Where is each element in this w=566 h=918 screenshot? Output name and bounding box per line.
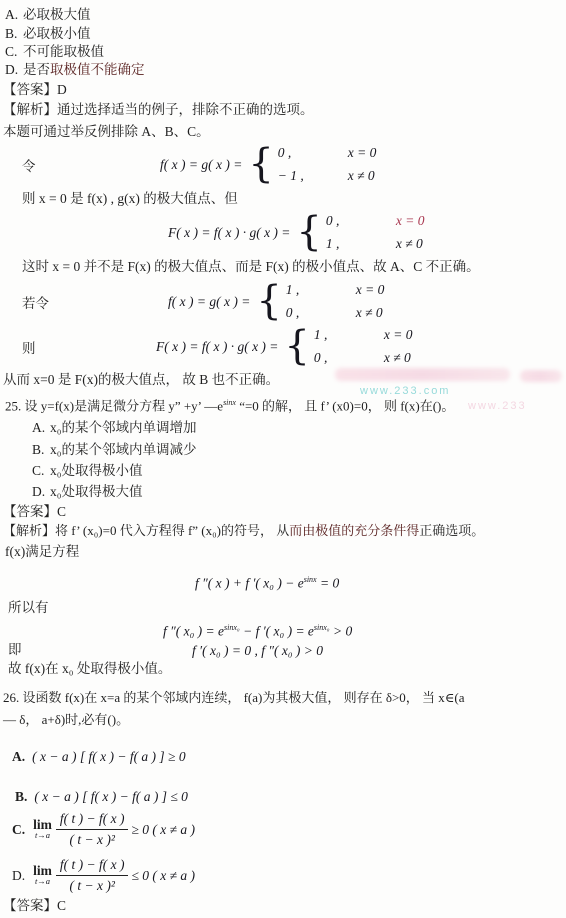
- watermark-site-text-2: www.233: [468, 400, 527, 412]
- q24-option-a-text: 必取极大值: [23, 7, 91, 22]
- q25-stem-exponent: sinx: [223, 398, 236, 407]
- watermark-logo-smudge: [335, 368, 510, 381]
- left-brace-icon: {: [248, 144, 273, 184]
- q26-stem-line1: 26. 设函数 f(x)在 x=a 的某个邻域内连续， f(a)为其极大值， 则…: [3, 689, 465, 707]
- q26-option-c-tail: ≥ 0 ( x ≠ a ): [131, 821, 195, 839]
- q24-f2-case2-cond: x ≠ 0: [396, 235, 423, 253]
- q25-analysis-red: 而由极值的充分条件得: [289, 523, 419, 538]
- q25-analysis: 【解析】将 f’ (x₀)=0 代入方程得 f” (x₀)的符号， 从而由极值的…: [3, 522, 484, 540]
- q24-option-d-label: D.: [5, 61, 23, 79]
- q24-f2-case1-value: 0 ,: [326, 212, 396, 230]
- q25-stem-pre: 25. 设 y=f(x)是满足微分方程 y” +y’ —e: [5, 398, 223, 413]
- q26-stem-line2: — δ， a+δ)时,必有()。: [3, 711, 129, 729]
- q25-option-b-text: x₀的某个邻域内单调减少: [50, 442, 196, 457]
- q24-text-1: 则 x = 0 是 f(x) , g(x) 的极大值点、但: [22, 190, 238, 208]
- q25-f1-exponent: sinx: [304, 575, 317, 584]
- q26-option-b-label: B.: [15, 789, 27, 804]
- fraction-denominator: ( t − x )²: [69, 876, 114, 895]
- q24-note: 本题可通过举反例排除 A、B、C。: [3, 123, 210, 141]
- q24-f2-case2-value: 1 ,: [326, 235, 396, 253]
- left-brace-icon: {: [256, 281, 281, 321]
- q25-option-a-text: x₀的某个邻域内单调增加: [50, 420, 196, 435]
- q26-option-a-label: A.: [12, 749, 25, 764]
- q26-answer: 【答案】C: [3, 897, 66, 915]
- q25-text-3: 即: [8, 641, 22, 659]
- fraction-denominator: ( t − x )²: [69, 830, 114, 849]
- q25-text-1: f(x)满足方程: [5, 543, 79, 561]
- q26-answer-value: C: [57, 898, 66, 913]
- q24-f4-case2-cond: x ≠ 0: [384, 349, 411, 367]
- answer-bracket-label: 【答案】: [3, 504, 57, 519]
- left-brace-icon: {: [284, 326, 309, 366]
- q25-f2-exponent-1: sinx₀: [224, 623, 240, 632]
- q26-option-d: D. limt→a f( t ) − f( x )( t − x )² ≤ 0 …: [12, 856, 195, 895]
- q25-option-b: B.x₀的某个邻域内单调减少: [32, 441, 196, 459]
- q25-option-a: A.x₀的某个邻域内单调增加: [32, 419, 196, 437]
- q24-f1-case2-cond: x ≠ 0: [348, 167, 375, 185]
- q25-text-4: 故 f(x)在 x₀ 处取得极小值。: [8, 660, 171, 678]
- q25-formula-3: f ′( x₀ ) = 0 , f ″( x₀ ) > 0: [192, 642, 323, 660]
- q25-option-c-text: x₀处取得极小值: [50, 463, 142, 478]
- q25-option-c: C.x₀处取得极小值: [32, 462, 142, 480]
- q25-f1-p2: = 0: [317, 576, 340, 591]
- q24-option-d: D.是否取极值不能确定: [5, 61, 145, 79]
- q25-analysis-p2: 正确选项。: [419, 523, 484, 538]
- q24-f4-lead: 则: [22, 340, 36, 358]
- q24-f2-piecewise: F( x ) = f( x ) · g( x ) = { 0 ,x = 0 1 …: [168, 212, 424, 253]
- q25-analysis-p1: 将 f’ (x₀)=0 代入方程得 f” (x₀)的符号， 从: [55, 523, 289, 538]
- q24-f4-case2-value: 0 ,: [314, 349, 384, 367]
- q24-f3-case2-value: 0 ,: [286, 304, 356, 322]
- q26-option-b: B.( x − a ) [ f( x ) − f( a ) ] ≤ 0: [15, 788, 188, 806]
- analysis-bracket-label: 【解析】: [3, 523, 55, 538]
- q24-option-b-label: B.: [5, 25, 23, 43]
- limit-operator: limt→a: [33, 865, 52, 886]
- q24-text-2: 这时 x = 0 并不是 F(x) 的极大值点、而是 F(x) 的极小值点、故 …: [22, 258, 480, 276]
- q25-f2-p2: − f ′( x₀ ) = e: [240, 624, 314, 639]
- q24-f3-lead: 若令: [22, 295, 49, 313]
- limit-operator: limt→a: [33, 819, 52, 840]
- q25-option-c-label: C.: [32, 462, 50, 480]
- q24-option-d-text-red: 取极值不能确定: [50, 62, 145, 77]
- q25-formula-2: f ″( x₀ ) = esinx₀ − f ′( x₀ ) = esinx₀ …: [163, 619, 352, 641]
- q24-option-a-label: A.: [5, 6, 23, 24]
- q24-f3-lhs: f( x ) = g( x ) =: [168, 293, 250, 311]
- q24-option-c-text: 不可能取极值: [23, 44, 104, 59]
- q25-stem: 25. 设 y=f(x)是满足微分方程 y” +y’ —esinx “=0 的解…: [5, 394, 454, 415]
- left-brace-icon: {: [296, 212, 321, 252]
- q26-option-a-formula: ( x − a ) [ f( x ) − f( a ) ] ≥ 0: [32, 749, 185, 764]
- q24-f3-piecewise: f( x ) = g( x ) = { 1 ,x = 0 0 ,x ≠ 0: [168, 281, 384, 322]
- q25-formula-1: f ″( x ) + f ′( x₀ ) − esinx = 0: [195, 571, 339, 593]
- q25-option-a-label: A.: [32, 419, 50, 437]
- q24-f4-lhs: F( x ) = f( x ) · g( x ) =: [156, 338, 278, 356]
- q25-f1-p1: f ″( x ) + f ′( x₀ ) − e: [195, 576, 304, 591]
- q24-option-b: B.必取极小值: [5, 25, 91, 43]
- q25-f2-p1: f ″( x₀ ) = e: [163, 624, 224, 639]
- q24-f2-case1-cond: x = 0: [396, 212, 425, 230]
- watermark-logo-smudge-2: [520, 370, 562, 382]
- q25-option-d-text: x₀处取得极大值: [50, 484, 142, 499]
- q25-f2-exponent-2: sinx₀: [314, 623, 330, 632]
- q26-option-c-label: C.: [12, 821, 25, 839]
- q24-option-c-label: C.: [5, 43, 23, 61]
- answer-bracket-label: 【答案】: [3, 898, 57, 913]
- q24-f1-case1-value: 0 ,: [278, 144, 348, 162]
- q24-answer: 【答案】D: [3, 81, 67, 99]
- q24-option-b-text: 必取极小值: [23, 26, 91, 41]
- q25-option-d: D.x₀处取得极大值: [32, 483, 142, 501]
- q26-option-c: C. limt→a f( t ) − f( x )( t − x )² ≥ 0 …: [12, 810, 195, 849]
- answer-bracket-label: 【答案】: [3, 82, 57, 97]
- q24-f1-case1-cond: x = 0: [348, 144, 377, 162]
- q24-f4-case1-cond: x = 0: [384, 326, 413, 344]
- q24-analysis-text: 通过选择适当的例子，排除不正确的选项。: [57, 102, 314, 117]
- q25-answer-value: C: [57, 504, 66, 519]
- q24-answer-value: D: [57, 82, 67, 97]
- q24-f1-lead: 令: [22, 158, 36, 176]
- q24-f4-piecewise: F( x ) = f( x ) · g( x ) = { 1 ,x = 0 0 …: [156, 326, 412, 367]
- q25-text-2: 所以有: [8, 599, 49, 617]
- q26-option-d-label: D.: [12, 867, 25, 885]
- q24-f1-piecewise: f( x ) = g( x ) = { 0 ,x = 0 − 1 ,x ≠ 0: [160, 144, 376, 185]
- q25-option-b-label: B.: [32, 441, 50, 459]
- fraction: f( t ) − f( x )( t − x )²: [56, 810, 129, 849]
- q25-answer: 【答案】C: [3, 503, 66, 521]
- q24-f3-case2-cond: x ≠ 0: [356, 304, 383, 322]
- q24-text-3: 从而 x=0 是 F(x)的极大值点， 故 B 也不正确。: [3, 371, 279, 389]
- q26-option-a: A.( x − a ) [ f( x ) − f( a ) ] ≥ 0: [12, 748, 186, 766]
- q25-f2-p3: > 0: [330, 624, 353, 639]
- lim-subscript: t→a: [35, 831, 50, 840]
- q25-stem-post: “=0 的解， 且 f’ (x0)=0， 则 f(x)在()。: [236, 398, 454, 413]
- q24-option-d-text: 是否: [23, 62, 50, 77]
- lim-subscript: t→a: [35, 877, 50, 886]
- q26-option-d-tail: ≤ 0 ( x ≠ a ): [131, 867, 195, 885]
- q24-analysis: 【解析】通过选择适当的例子，排除不正确的选项。: [3, 101, 314, 119]
- fraction-numerator: f( t ) − f( x ): [56, 810, 129, 830]
- analysis-bracket-label: 【解析】: [3, 102, 57, 117]
- q24-f4-case1-value: 1 ,: [314, 326, 384, 344]
- q24-f3-case1-cond: x = 0: [356, 281, 385, 299]
- q24-f3-case1-value: 1 ,: [286, 281, 356, 299]
- q24-option-a: A.必取极大值: [5, 6, 91, 24]
- q24-f2-lhs: F( x ) = f( x ) · g( x ) =: [168, 224, 290, 242]
- q24-f1-lhs: f( x ) = g( x ) =: [160, 156, 242, 174]
- q25-option-d-label: D.: [32, 483, 50, 501]
- q26-option-b-formula: ( x − a ) [ f( x ) − f( a ) ] ≤ 0: [34, 789, 187, 804]
- q24-f1-case2-value: − 1 ,: [278, 167, 348, 185]
- fraction-numerator: f( t ) − f( x ): [56, 856, 129, 876]
- fraction: f( t ) − f( x )( t − x )²: [56, 856, 129, 895]
- q24-option-c: C.不可能取极值: [5, 43, 104, 61]
